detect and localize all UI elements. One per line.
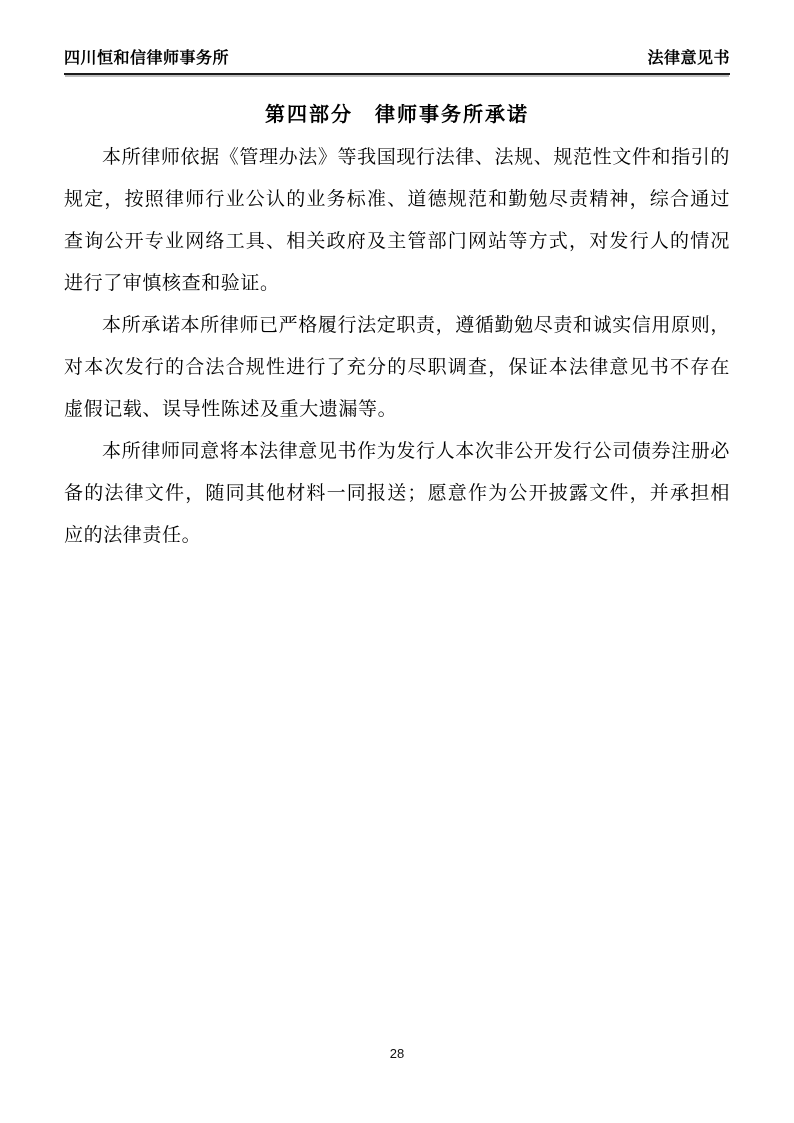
paragraph-commitment: 本所承诺本所律师已严格履行法定职责，遵循勤勉尽责和诚实信用原则，对本次发行的合法… (64, 305, 730, 431)
paragraph-consent: 本所律师同意将本法律意见书作为发行人本次非公开发行公司债券注册必备的法律文件，随… (64, 431, 730, 557)
page-number: 28 (0, 1046, 794, 1061)
document-body: 本所律师依据《管理办法》等我国现行法律、法规、规范性文件和指引的规定，按照律师行… (64, 137, 730, 557)
header-firm-name: 四川恒和信律师事务所 (64, 50, 229, 68)
document-page: 四川恒和信律师事务所 法律意见书 第四部分 律师事务所承诺 本所律师依据《管理办… (0, 0, 794, 1123)
page-header: 四川恒和信律师事务所 法律意见书 (64, 0, 730, 75)
section-title: 第四部分 律师事务所承诺 (64, 104, 730, 126)
header-doc-type: 法律意见书 (647, 50, 730, 68)
paragraph-verification: 本所律师依据《管理办法》等我国现行法律、法规、规范性文件和指引的规定，按照律师行… (64, 137, 730, 305)
